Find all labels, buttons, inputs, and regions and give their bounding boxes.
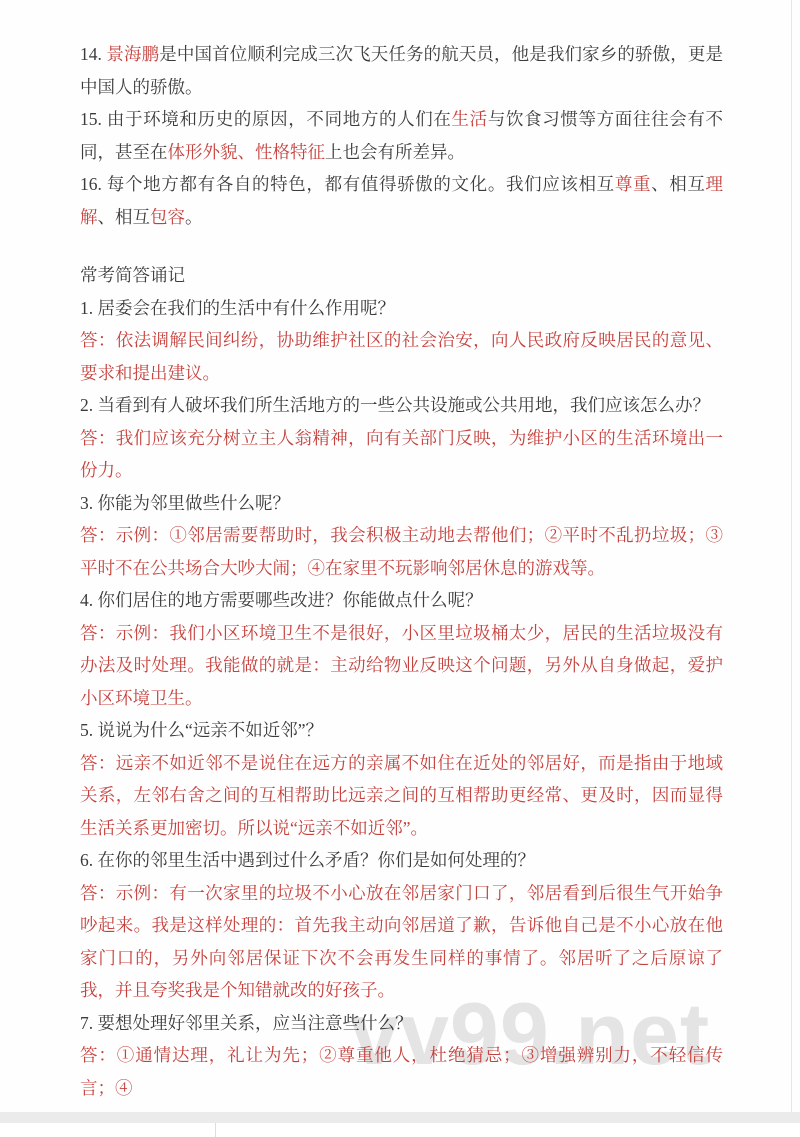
page-edge-line xyxy=(791,0,792,1112)
text-segment: 尊重 xyxy=(615,174,651,194)
text-segment: 3. 你能为邻里做些什么呢？ xyxy=(80,493,290,513)
text-segment: 2. 当看到有人破坏我们所生活地方的一些公共设施或公共用地，我们应该怎么办？ xyxy=(80,395,710,415)
text-segment: 。 xyxy=(185,207,203,227)
text-segment: 常考简答诵记 xyxy=(80,265,185,285)
text-segment: 体形外貌、性格特征 xyxy=(168,142,326,162)
text-segment: 答：①通情达理，礼让为先；②尊重他人，杜绝猜忌；③增强辨别力，不轻信传言；④ xyxy=(80,1045,723,1098)
question: 6. 在你的邻里生活中遇到过什么矛盾？你们是如何处理的？ xyxy=(80,844,723,877)
text-segment: 7. 要想处理好邻里关系，应当注意些什么？ xyxy=(80,1013,413,1033)
text-segment: 4. 你们居住的地方需要哪些改进？你能做点什么呢？ xyxy=(80,590,483,610)
text-segment: 16. 每个地方都有各自的特色，都有值得骄傲的文化。我们应该相互 xyxy=(80,174,615,194)
answer: 答：我们应该充分树立主人翁精神，向有关部门反映，为维护小区的生活环境出一份力。 xyxy=(80,422,723,487)
text-segment: 答：示例：我们小区环境卫生不是很好，小区里垃圾桶太少，居民的生活垃圾没有办法及时… xyxy=(80,623,723,708)
text-segment: 答：远亲不如近邻不是说住在远方的亲属不如住在近处的邻居好，而是指由于地域关系，左… xyxy=(80,753,723,838)
document-page: vv99.net 14. 景海鹏是中国首位顺利完成三次飞天任务的航天员，他是我们… xyxy=(0,0,800,1112)
text-segment: 6. 在你的邻里生活中遇到过什么矛盾？你们是如何处理的？ xyxy=(80,850,535,870)
text-segment: 、相互 xyxy=(98,207,151,227)
text-segment: 上也会有所差异。 xyxy=(325,142,465,162)
text-segment: 答：示例：有一次家里的垃圾不小心放在邻居家门口了，邻居看到后很生气开始争吵起来。… xyxy=(80,883,723,1001)
page-gap xyxy=(0,1112,800,1123)
text-segment: 景海鹏 xyxy=(106,44,159,64)
answer: 答：①通情达理，礼让为先；②尊重他人，杜绝猜忌；③增强辨别力，不轻信传言；④ xyxy=(80,1039,723,1104)
answer: 答：远亲不如近邻不是说住在远方的亲属不如住在近处的邻居好，而是指由于地域关系，左… xyxy=(80,747,723,845)
text-segment: 答：示例：①邻居需要帮助时，我会积极主动地去帮他们；②平时不乱扔垃圾；③平时不在… xyxy=(80,525,723,578)
text-segment: 5. 说说为什么“远亲不如近邻”？ xyxy=(80,720,323,740)
text-segment: 、相互 xyxy=(651,174,705,194)
text-segment: 是中国首位顺利完成三次飞天任务的航天员，他是我们家乡的骄傲，更是中国人的骄傲。 xyxy=(80,44,723,97)
text-segment: 包容 xyxy=(150,207,185,227)
question: 1. 居委会在我们的生活中有什么作用呢？ xyxy=(80,292,723,325)
text-segment: 14. xyxy=(80,44,106,64)
text-segment: 答：我们应该充分树立主人翁精神，向有关部门反映，为维护小区的生活环境出一份力。 xyxy=(80,428,723,481)
question: 4. 你们居住的地方需要哪些改进？你能做点什么呢？ xyxy=(80,584,723,617)
question: 2. 当看到有人破坏我们所生活地方的一些公共设施或公共用地，我们应该怎么办？ xyxy=(80,389,723,422)
next-page-edge-line xyxy=(215,1123,216,1137)
fact-item: 15. 由于环境和历史的原因，不同地方的人们在生活与饮食习惯等方面往往会有不同，… xyxy=(80,103,723,168)
next-page-top xyxy=(0,1123,800,1137)
answer: 答：示例：有一次家里的垃圾不小心放在邻居家门口了，邻居看到后很生气开始争吵起来。… xyxy=(80,877,723,1007)
question: 7. 要想处理好邻里关系，应当注意些什么？ xyxy=(80,1007,723,1040)
text-segment: 答：依法调解民间纠纷，协助维护社区的社会治安，向人民政府反映居民的意见、要求和提… xyxy=(80,330,723,383)
question: 5. 说说为什么“远亲不如近邻”？ xyxy=(80,714,723,747)
answer: 答：示例：我们小区环境卫生不是很好，小区里垃圾桶太少，居民的生活垃圾没有办法及时… xyxy=(80,617,723,715)
text-segment: 1. 居委会在我们的生活中有什么作用呢？ xyxy=(80,298,395,318)
fact-item: 14. 景海鹏是中国首位顺利完成三次飞天任务的航天员，他是我们家乡的骄傲，更是中… xyxy=(80,38,723,103)
question: 3. 你能为邻里做些什么呢？ xyxy=(80,487,723,520)
answer: 答：依法调解民间纠纷，协助维护社区的社会治安，向人民政府反映居民的意见、要求和提… xyxy=(80,324,723,389)
text-segment: 15. 由于环境和历史的原因，不同地方的人们在 xyxy=(80,109,452,129)
text-segment: 生活 xyxy=(452,109,488,129)
section-heading: 常考简答诵记 xyxy=(80,259,723,292)
fact-item: 16. 每个地方都有各自的特色，都有值得骄傲的文化。我们应该相互尊重、相互理解、… xyxy=(80,168,723,233)
answer: 答：示例：①邻居需要帮助时，我会积极主动地去帮他们；②平时不乱扔垃圾；③平时不在… xyxy=(80,519,723,584)
page-content: 14. 景海鹏是中国首位顺利完成三次飞天任务的航天员，他是我们家乡的骄傲，更是中… xyxy=(80,38,723,1104)
